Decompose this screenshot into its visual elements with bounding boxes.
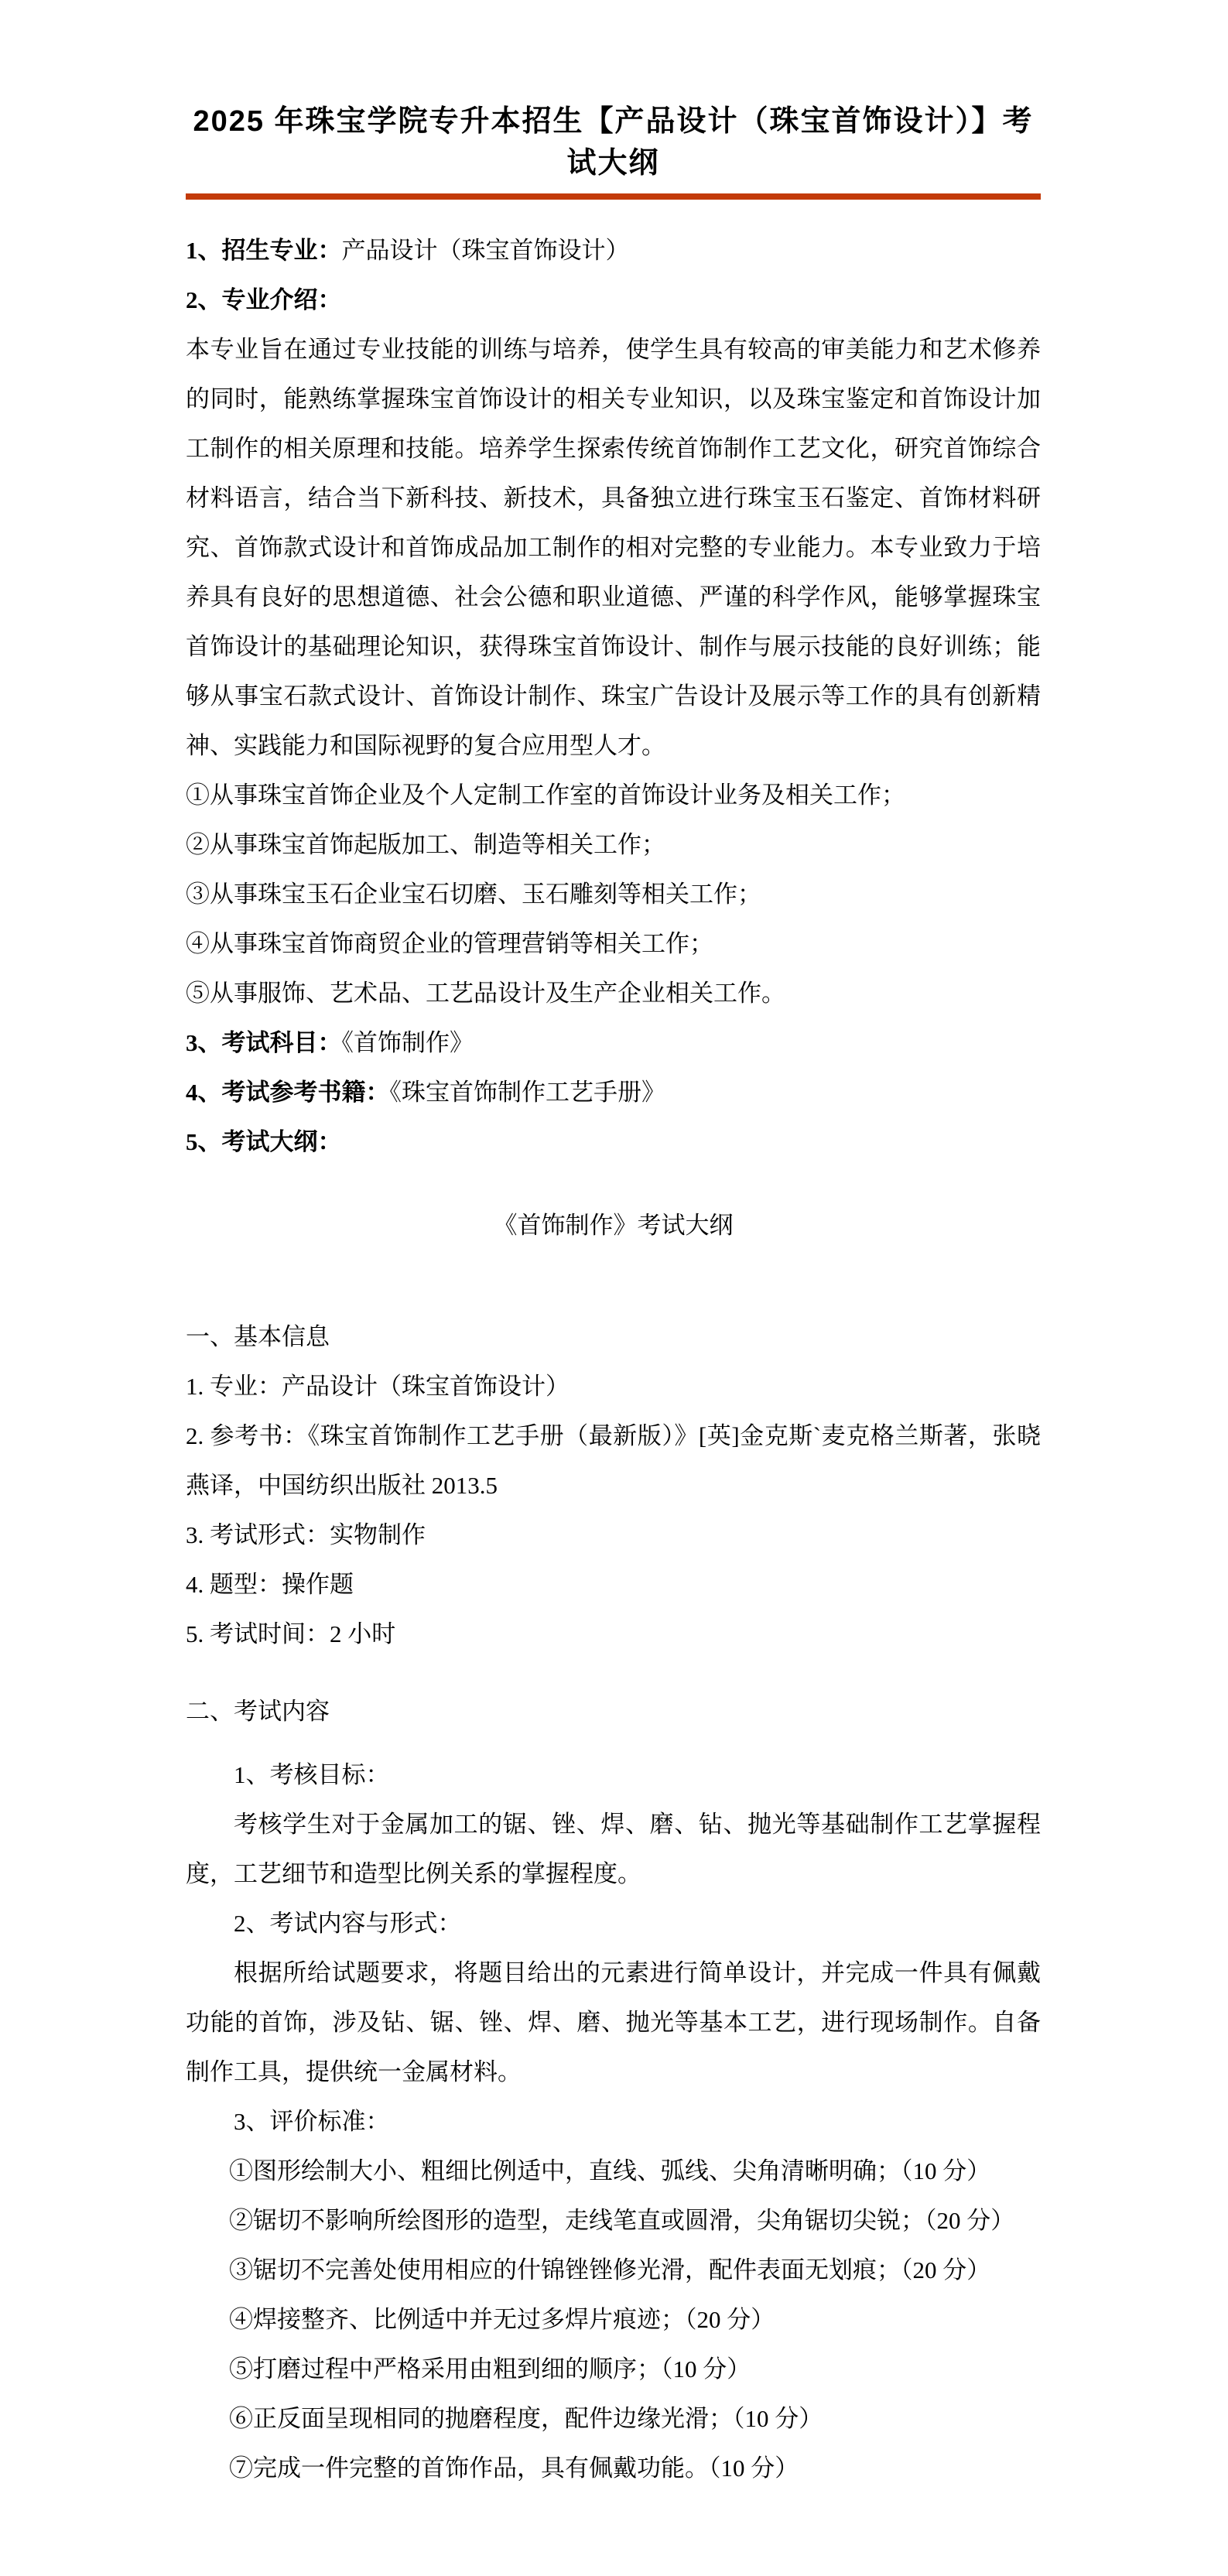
reference-book-line: 4、考试参考书籍：《珠宝首饰制作工艺手册》	[186, 1068, 1041, 1117]
basic-info-item-2: 2. 参考书：《珠宝首饰制作工艺手册（最新版）》[英]金克斯`麦克格兰斯著，张晓…	[186, 1411, 1041, 1510]
criteria-item-7: ⑦完成一件完整的首饰作品，具有佩戴功能。（10 分）	[186, 2444, 1041, 2493]
outline-label: 5、考试大纲：	[186, 1128, 342, 1155]
basic-info-item-4: 4. 题型：操作题	[186, 1560, 1041, 1610]
career-item-2: ②从事珠宝首饰起版加工、制造等相关工作；	[186, 820, 1041, 870]
basic-info-item-1: 1. 专业：产品设计（珠宝首饰设计）	[186, 1362, 1041, 1411]
criteria-item-4: ④焊接整齐、比例适中并无过多焊片痕迹；（20 分）	[186, 2295, 1041, 2345]
reference-book-value: 《珠宝首饰制作工艺手册》	[390, 1079, 666, 1106]
enroll-major-line: 1、招生专业：产品设计（珠宝首饰设计）	[186, 226, 1041, 275]
career-item-3: ③从事珠宝玉石企业宝石切磨、玉石雕刻等相关工作；	[186, 870, 1041, 919]
major-intro-label: 2、专业介绍：	[186, 286, 342, 313]
outline-subtitle: 《首饰制作》考试大纲	[186, 1201, 1041, 1250]
document-page: 2025 年珠宝学院专升本招生【产品设计（珠宝首饰设计）】考试大纲 1、招生专业…	[0, 0, 1228, 2576]
exam-content-heading: 二、考试内容	[186, 1687, 1041, 1736]
title-divider	[186, 193, 1041, 200]
assessment-goal-text: 考核学生对于金属加工的锯、锉、焊、磨、钻、抛光等基础制作工艺掌握程度，工艺细节和…	[186, 1800, 1041, 1899]
document-title: 2025 年珠宝学院专升本招生【产品设计（珠宝首饰设计）】考试大纲	[186, 101, 1041, 184]
exam-subject-line: 3、考试科目：《首饰制作》	[186, 1018, 1041, 1068]
enroll-major-label: 1、招生专业：	[186, 237, 342, 264]
exam-form-text: 根据所给试题要求，将题目给出的元素进行简单设计，并完成一件具有佩戴功能的首饰，涉…	[186, 1948, 1041, 2097]
document-body: 1、招生专业：产品设计（珠宝首饰设计） 2、专业介绍： 本专业旨在通过专业技能的…	[186, 226, 1041, 2493]
criteria-label: 3、评价标准：	[186, 2097, 1041, 2147]
exam-subject-value: 《首饰制作》	[342, 1029, 474, 1056]
major-intro-paragraph: 本专业旨在通过专业技能的训练与培养，使学生具有较高的审美能力和艺术修养的同时，能…	[186, 325, 1041, 771]
major-intro-label-line: 2、专业介绍：	[186, 275, 1041, 325]
basic-info-item-3: 3. 考试形式：实物制作	[186, 1510, 1041, 1560]
reference-book-label: 4、考试参考书籍：	[186, 1079, 390, 1106]
career-item-1: ①从事珠宝首饰企业及个人定制工作室的首饰设计业务及相关工作；	[186, 771, 1041, 820]
criteria-item-1: ①图形绘制大小、粗细比例适中，直线、弧线、尖角清晰明确；（10 分）	[186, 2147, 1041, 2196]
outline-label-line: 5、考试大纲：	[186, 1117, 1041, 1167]
criteria-item-3: ③锯切不完善处使用相应的什锦锉锉修光滑，配件表面无划痕；（20 分）	[186, 2246, 1041, 2295]
basic-info-item-5: 5. 考试时间：2 小时	[186, 1610, 1041, 1659]
criteria-item-5: ⑤打磨过程中严格采用由粗到细的顺序；（10 分）	[186, 2345, 1041, 2394]
basic-info-heading: 一、基本信息	[186, 1312, 1041, 1362]
career-item-4: ④从事珠宝首饰商贸企业的管理营销等相关工作；	[186, 919, 1041, 969]
exam-subject-label: 3、考试科目：	[186, 1029, 342, 1056]
enroll-major-value: 产品设计（珠宝首饰设计）	[342, 237, 630, 264]
exam-form-label: 2、考试内容与形式：	[186, 1899, 1041, 1948]
criteria-item-2: ②锯切不影响所绘图形的造型，走线笔直或圆滑，尖角锯切尖锐；（20 分）	[186, 2196, 1041, 2246]
criteria-item-6: ⑥正反面呈现相同的抛磨程度，配件边缘光滑；（10 分）	[186, 2394, 1041, 2444]
assessment-goal-label: 1、考核目标：	[186, 1750, 1041, 1800]
career-item-5: ⑤从事服饰、艺术品、工艺品设计及生产企业相关工作。	[186, 969, 1041, 1018]
